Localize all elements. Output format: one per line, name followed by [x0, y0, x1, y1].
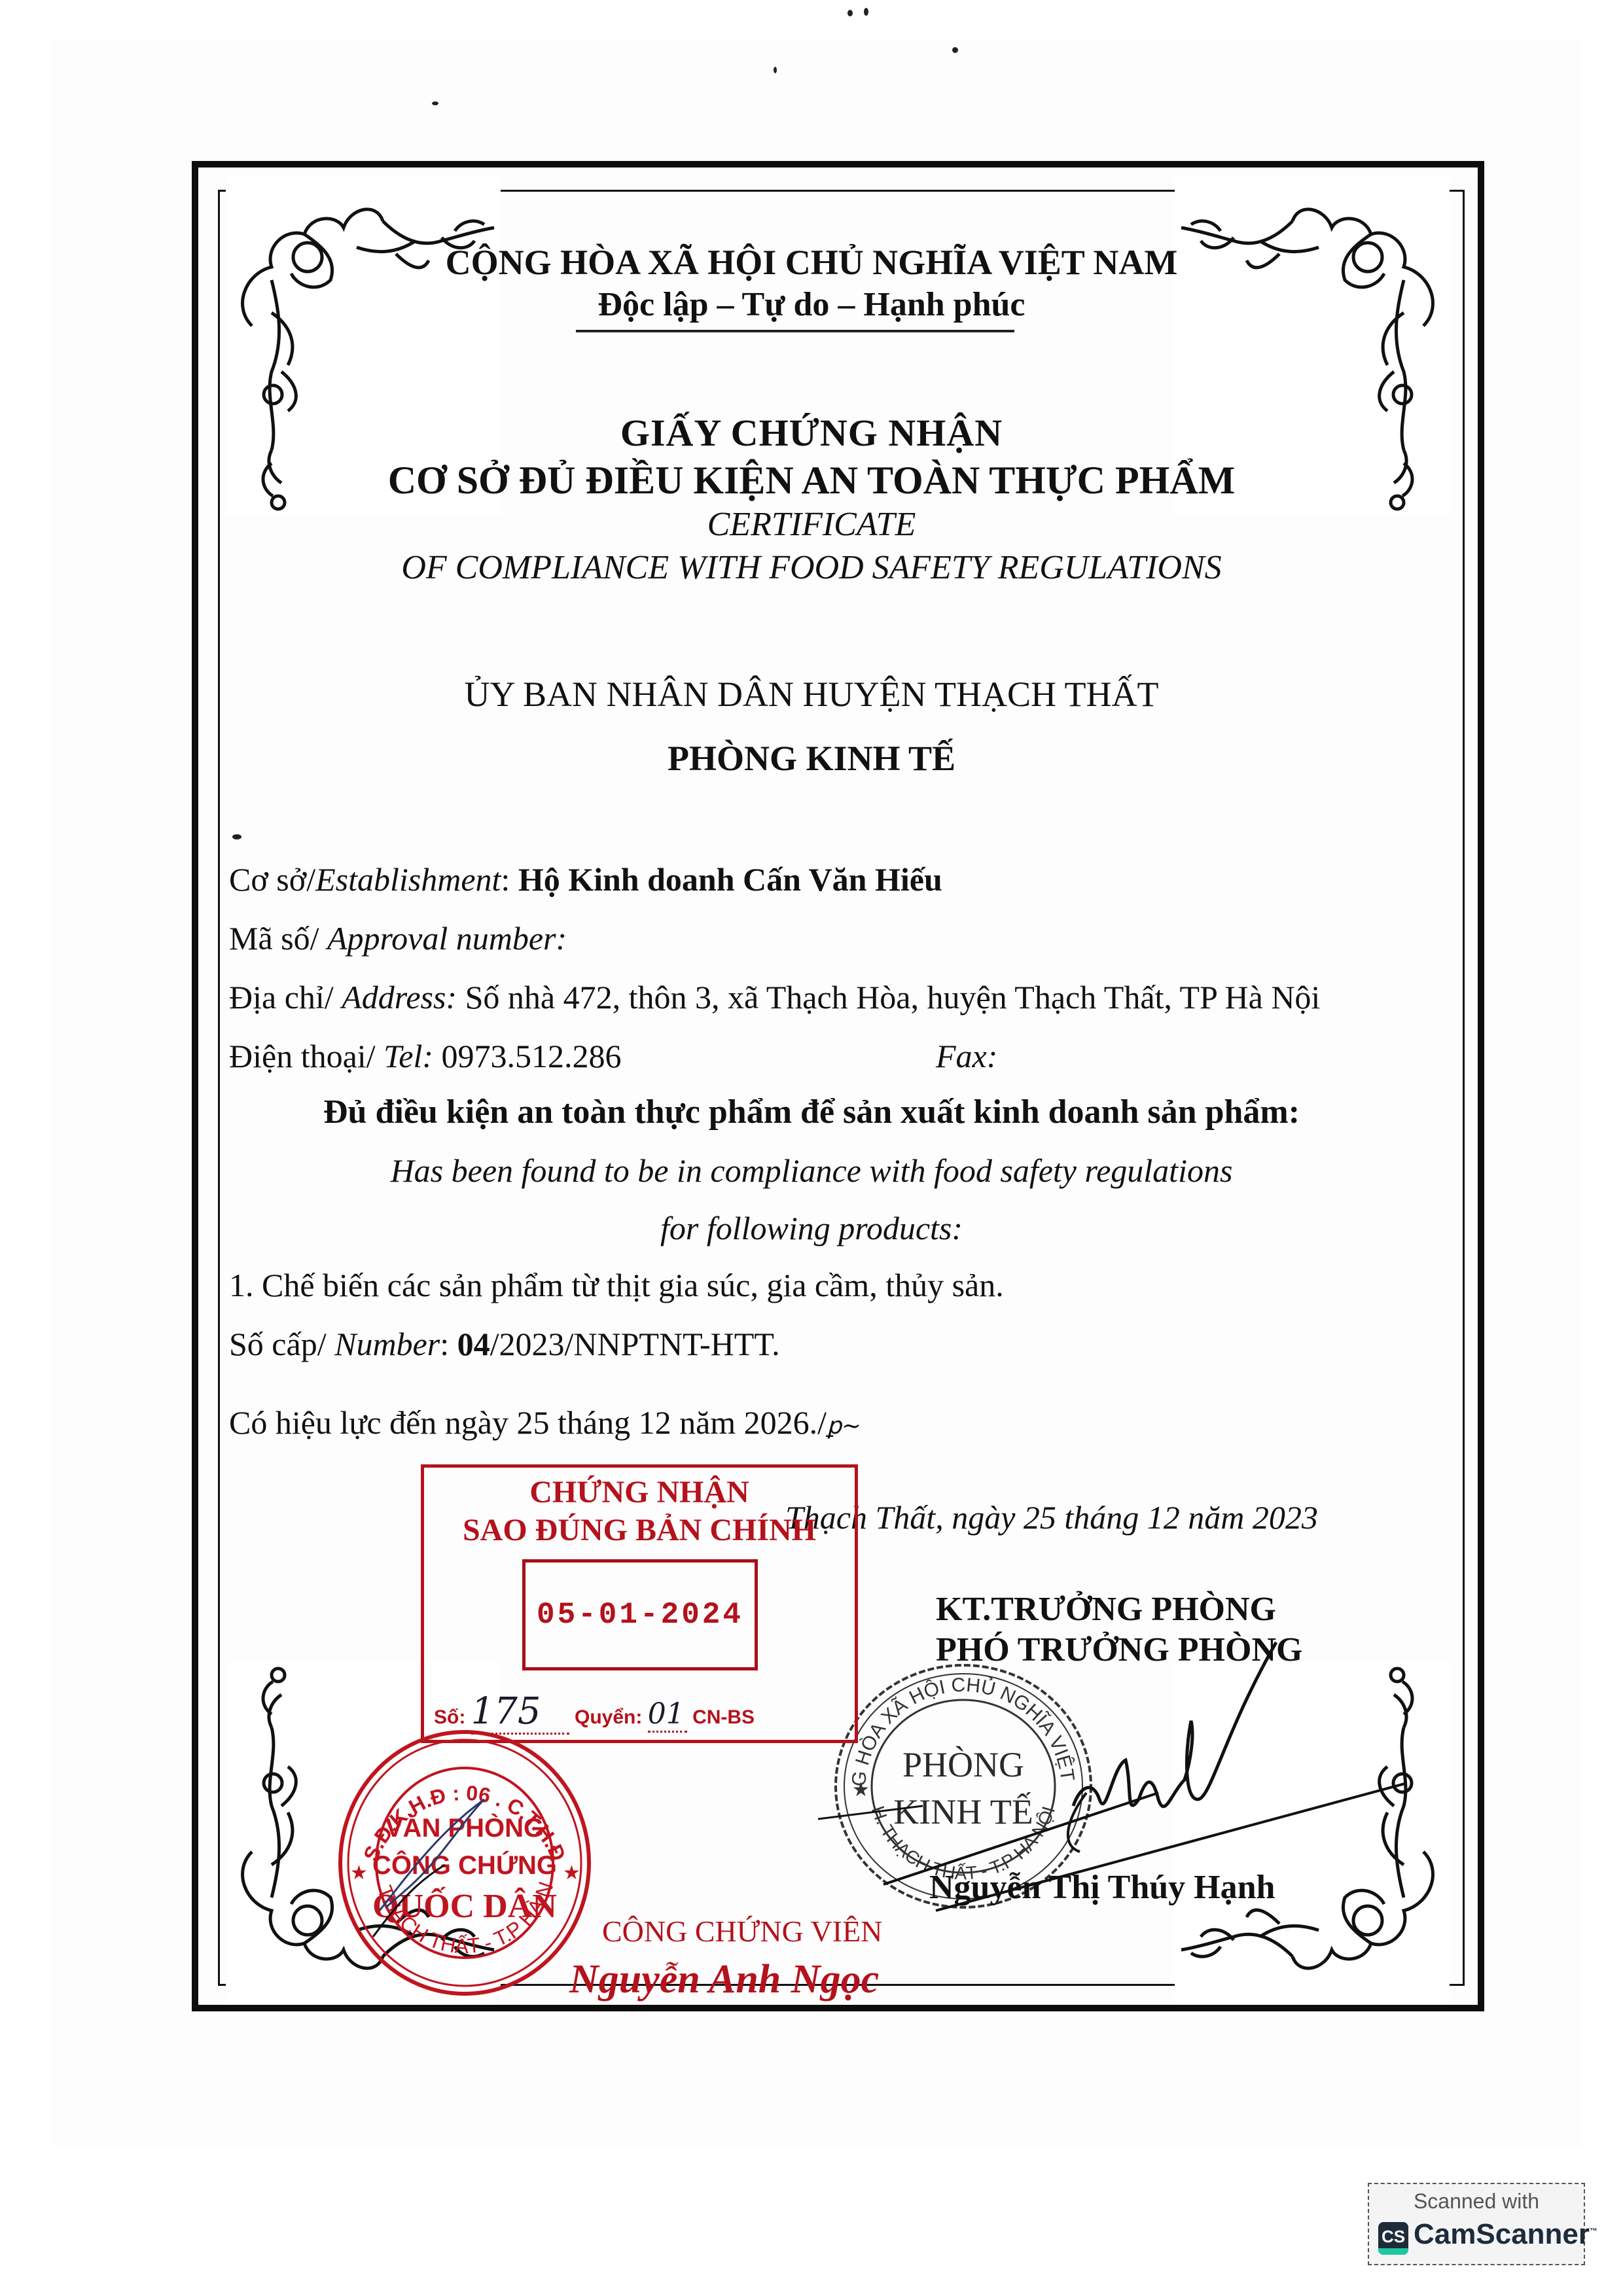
scan-speck [847, 10, 853, 16]
certificate-number-rest: /2023/NNPTNT-HTT. [490, 1326, 780, 1362]
phone-value: 0973.512.286 [433, 1038, 622, 1074]
field-label-en: Address: [342, 979, 457, 1016]
field-separator: : [440, 1326, 457, 1362]
copy-stamp-line2: SAO ĐÚNG BẢN CHÍNH [424, 1512, 855, 1548]
field-phone: Điện thoại/ Tel: 0973.512.286 [229, 1037, 622, 1075]
title-en-line2: OF COMPLIANCE WITH FOOD SAFETY REGULATIO… [0, 548, 1623, 587]
title-vi-line2: CƠ SỞ ĐỦ ĐIỀU KIỆN AN TOÀN THỰC PHẨM [0, 458, 1623, 503]
svg-text:★: ★ [350, 1862, 368, 1884]
scan-speck [432, 101, 438, 105]
badge-caption: Scanned with [1369, 2189, 1584, 2214]
initial-mark: ꝑ~ [827, 1413, 861, 1439]
register-book-value: 01 [648, 1697, 685, 1731]
national-motto: Độc lập – Tự do – Hạnh phúc [0, 285, 1623, 324]
copy-stamp-date: 05-01-2024 [522, 1559, 758, 1670]
scan-speck [774, 67, 777, 73]
field-label: Cơ sở/ [229, 861, 315, 898]
field-approval-number: Mã số/ Approval number: [229, 919, 567, 957]
issuer-authority: ỦY BAN NHÂN DÂN HUYỆN THẠCH THẤT [0, 674, 1623, 715]
validity-text: Có hiệu lực đến ngày 25 tháng 12 năm 202… [229, 1404, 827, 1441]
place-and-date: Thạch Thất, ngày 25 tháng 12 năm 2023 [785, 1498, 1318, 1536]
register-book-field: 01 [648, 1697, 687, 1733]
field-separator: : [501, 861, 518, 898]
field-certificate-number: Số cấp/ Number: 04/2023/NNPTNT-HTT. [229, 1325, 780, 1363]
field-fax: Fax: [936, 1037, 997, 1075]
certificate-number-bold: 04 [457, 1326, 490, 1362]
address-value: Số nhà 472, thôn 3, xã Thạch Hòa, huyện … [457, 979, 1320, 1016]
copy-stamp-line1: CHỨNG NHẬN [424, 1474, 855, 1510]
validity-line: Có hiệu lực đến ngày 25 tháng 12 năm 202… [229, 1404, 861, 1441]
camscanner-badge: Scanned with CS CamScanner™ [1368, 2183, 1585, 2265]
field-label-en: Number [334, 1326, 440, 1362]
brand-text: CamScanner [1414, 2218, 1590, 2250]
field-address: Địa chỉ/ Address: Số nhà 472, thôn 3, xã… [229, 978, 1320, 1016]
scan-speck [952, 47, 958, 53]
title-vi-line1: GIẤY CHỨNG NHẬN [0, 411, 1623, 455]
field-label-en: Tel: [383, 1038, 433, 1074]
svg-text:★: ★ [563, 1862, 580, 1884]
title-en-line1: CERTIFICATE [0, 505, 1623, 544]
qualification-statement-en-1: Has been found to be in compliance with … [0, 1152, 1623, 1190]
qualification-statement-en-2: for following products: [0, 1209, 1623, 1247]
notary-signature-icon [366, 1780, 497, 1950]
field-label: Điện thoại/ [229, 1038, 383, 1074]
field-label: Số cấp/ [229, 1326, 334, 1362]
establishment-value: Hộ Kinh doanh Cấn Văn Hiếu [518, 861, 942, 898]
notary-name: Nguyễn Anh Ngọc [569, 1956, 879, 2003]
camscanner-logo-icon: CS [1378, 2222, 1408, 2255]
signer-name: Nguyễn Thị Thúy Hạnh [929, 1868, 1275, 1907]
field-label: Địa chỉ/ [229, 979, 342, 1016]
field-label: Mã số/ [229, 920, 327, 957]
qualification-statement-vi: Đủ điều kiện an toàn thực phẩm để sản xu… [0, 1093, 1623, 1131]
issuer-department: PHÒNG KINH TẾ [0, 738, 1623, 779]
field-label-en: Approval number: [327, 920, 567, 957]
national-header: CỘNG HÒA XÃ HỘI CHỦ NGHĨA VIỆT NAM [0, 242, 1623, 283]
motto-underline [576, 330, 1014, 332]
scan-speck [864, 8, 868, 16]
badge-brand: CamScanner™ [1414, 2218, 1597, 2251]
signature-icon [818, 1603, 1407, 1996]
field-label-en: Establishment [315, 861, 501, 898]
field-establishment: Cơ sở/Establishment: Hộ Kinh doanh Cấn V… [229, 860, 942, 898]
register-book-suffix: CN-BS [692, 1706, 755, 1728]
notary-title: CÔNG CHỨNG VIÊN [602, 1914, 882, 1949]
product-item: 1. Chế biến các sản phẩm từ thịt gia súc… [229, 1266, 1004, 1304]
fax-label: Fax: [936, 1038, 997, 1074]
trademark-mark: ™ [1590, 2226, 1597, 2235]
certified-copy-stamp: CHỨNG NHẬN SAO ĐÚNG BẢN CHÍNH 05-01-2024… [421, 1464, 858, 1743]
